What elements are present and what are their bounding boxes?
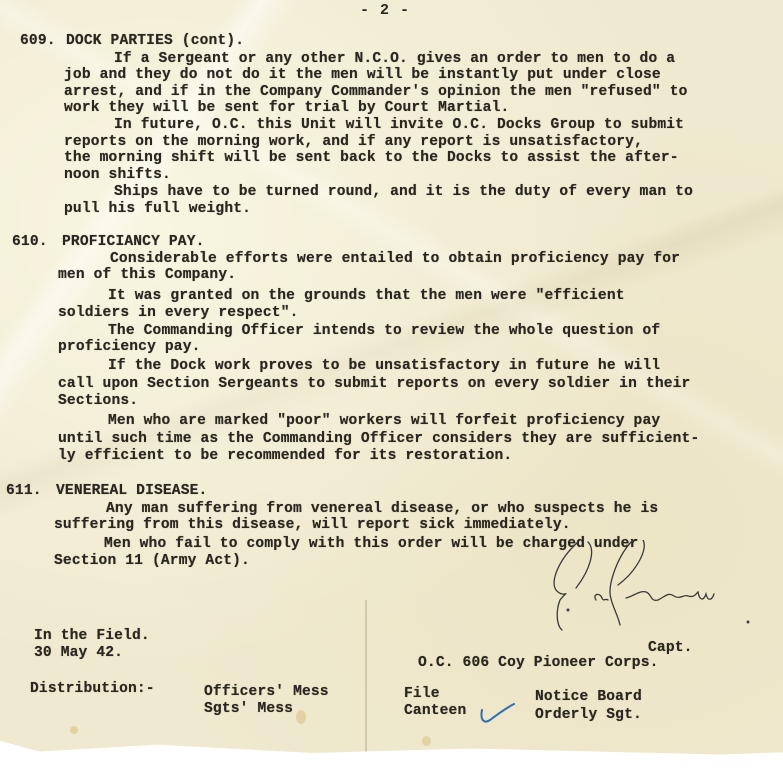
- body-line: until such time as the Commanding Office…: [58, 432, 699, 447]
- distribution-item: Notice Board: [535, 690, 642, 705]
- section-title: PROFICIANCY PAY.: [62, 235, 205, 250]
- body-line: soldiers in every respect".: [58, 306, 299, 321]
- distribution-label: Distribution:-: [30, 682, 155, 697]
- signatory-title: O.C. 606 Coy Pioneer Corps.: [418, 656, 659, 671]
- place-line: In the Field.: [34, 629, 150, 644]
- section-title: VENEREAL DISEASE.: [56, 484, 207, 499]
- body-line: proficiency pay.: [58, 340, 201, 355]
- rank-line: Capt.: [648, 641, 693, 656]
- body-line: If the Dock work proves to be unsatisfac…: [108, 359, 660, 374]
- body-line: reports on the morning work, and if any …: [64, 135, 643, 150]
- body-line: men of this Company.: [58, 268, 236, 283]
- section-number: 609.: [20, 34, 56, 49]
- distribution-item: Canteen: [404, 704, 466, 719]
- body-line: pull his full weight.: [64, 202, 251, 217]
- document-page: - 2 - 609. DOCK PARTIES (cont). If a Ser…: [0, 0, 783, 756]
- body-line: suffering from this disease, will report…: [54, 518, 571, 533]
- distribution-item: Orderly Sgt.: [535, 708, 642, 723]
- distribution-item: Officers' Mess: [204, 685, 329, 700]
- body-line: noon shifts.: [64, 168, 171, 183]
- body-line: It was granted on the grounds that the m…: [108, 289, 625, 304]
- paper-fold: [365, 600, 367, 756]
- body-line: Section 11 (Army Act).: [54, 554, 250, 569]
- body-line: ly efficient to be recommended for its r…: [58, 449, 512, 464]
- paper-stain: [296, 710, 306, 724]
- paper-stain: [422, 736, 431, 746]
- body-line: the morning shift will be sent back to t…: [64, 151, 679, 166]
- body-line: call upon Section Sergeants to submit re…: [58, 377, 690, 392]
- body-line: Sections.: [58, 394, 138, 409]
- body-line: arrest, and if in the Company Commander'…: [64, 85, 688, 100]
- body-line: If a Sergeant or any other N.C.O. gives …: [114, 52, 675, 67]
- page-number: - 2 -: [360, 2, 410, 19]
- check-mark-icon: [478, 700, 520, 728]
- body-line: In future, O.C. this Unit will invite O.…: [114, 118, 684, 133]
- distribution-item: Sgts' Mess: [204, 702, 293, 717]
- distribution-item: File: [404, 687, 440, 702]
- body-line: Considerable efforts were entailed to ob…: [110, 252, 680, 267]
- section-title: DOCK PARTIES (cont).: [66, 34, 244, 49]
- handwritten-signature: [548, 540, 758, 640]
- date-line: 30 May 42.: [34, 646, 123, 661]
- paper-stain: [70, 726, 78, 734]
- body-line: job and they do not do it the men will b…: [64, 68, 661, 83]
- body-line: work they will be sent for trial by Cour…: [64, 101, 509, 116]
- body-line: Men who are marked "poor" workers will f…: [108, 414, 660, 429]
- body-line: Ships have to be turned round, and it is…: [114, 185, 693, 200]
- body-line: Any man suffering from venereal disease,…: [106, 502, 658, 517]
- body-line: The Commanding Officer intends to review…: [108, 324, 660, 339]
- section-number: 610.: [12, 235, 48, 250]
- section-number: 611.: [6, 484, 42, 499]
